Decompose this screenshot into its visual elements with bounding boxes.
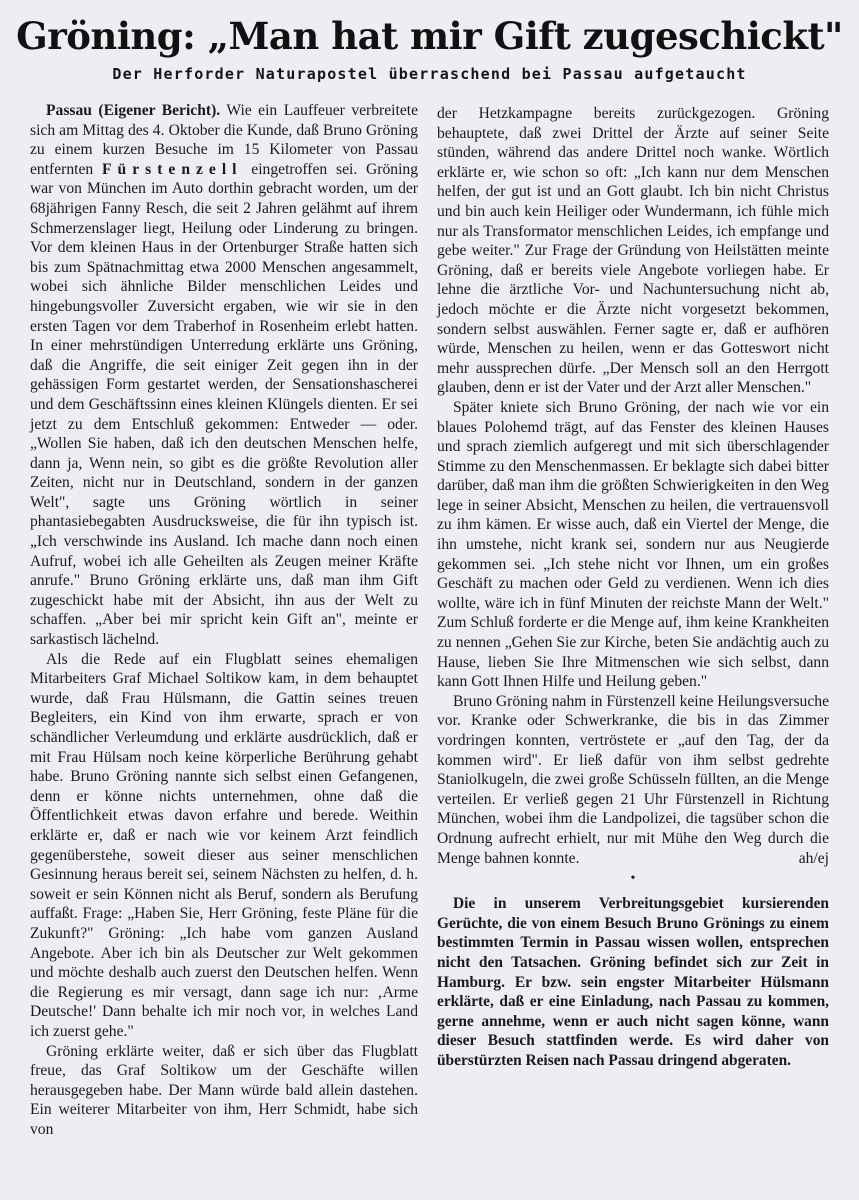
headline: Gröning: „Man hat mir Gift zugeschickt": [0, 14, 859, 58]
paragraph-6: Bruno Gröning nahm in Fürstenzell keine …: [437, 692, 829, 868]
paragraph-1: Passau (Eigener Bericht). Wie ein Lauffe…: [30, 101, 418, 650]
paragraph-3: Gröning erklärte weiter, daß er sich übe…: [30, 1042, 418, 1140]
place-name: Fürstenzell: [102, 161, 242, 178]
dateline: Passau (Eigener Bericht).: [46, 102, 220, 119]
paragraph-5: Später kniete sich Bruno Gröning, der na…: [437, 398, 829, 692]
newspaper-clipping: Gröning: „Man hat mir Gift zugeschickt" …: [0, 0, 859, 1200]
left-column: Passau (Eigener Bericht). Wie ein Lauffe…: [30, 101, 418, 1139]
paragraph-2: Als die Rede auf ein Flugblatt seines eh…: [30, 650, 418, 1042]
paragraph-4: der Hetzkampagne bereits zurückgezogen. …: [437, 104, 829, 398]
right-column: der Hetzkampagne bereits zurückgezogen. …: [437, 104, 829, 1086]
separator-bullet: •: [437, 868, 829, 890]
subheadline: Der Herforder Naturapostel überraschend …: [0, 64, 859, 84]
notice-paragraph: Die in unserem Verbreitungsgebiet kursie…: [437, 894, 829, 1070]
paragraph-1-rest: eingetroffen sei. Gröning war von Münche…: [30, 161, 418, 648]
